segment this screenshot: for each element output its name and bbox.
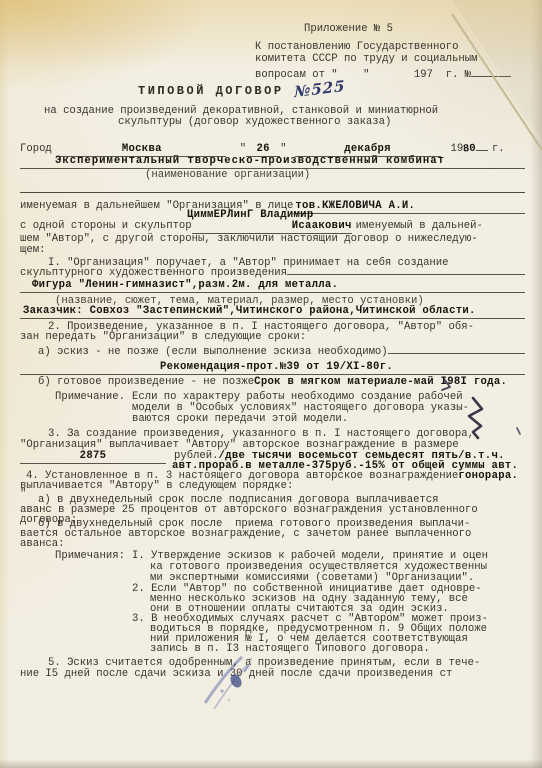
organization-caption: (наименование организации): [145, 170, 310, 182]
preamble-line: щем:: [20, 245, 45, 257]
notes-label: Примечания:: [55, 551, 125, 563]
finished-work-term-filled: Срок в мягком материале-май I98I года.: [254, 376, 507, 388]
notes-item-line: запись в п. I3 настоящего Типового догов…: [150, 644, 430, 656]
resolution-line: К постановлению Государственного: [255, 42, 458, 54]
work-description: Фигура "Ленин-гимназист",разм.2м. для ме…: [20, 280, 338, 292]
clause4-line: выплачивается "Автору" в следующем поряд…: [20, 481, 293, 493]
honorarium-word: гонорара.: [458, 470, 518, 482]
sculptor-line: с одной стороны и скульптор Исаакович им…: [20, 221, 525, 234]
blank-line: [471, 66, 511, 77]
blank-rule: [20, 192, 525, 193]
preamble-line: шем "Автор", с другой стороны, заключили…: [20, 234, 478, 246]
sculptor-name-bottom: Исаакович: [192, 221, 352, 234]
handwritten-year: 80: [463, 144, 476, 156]
resolution-line: комитета СССР по труду и социальным: [255, 54, 478, 66]
year-suffix: г.: [492, 144, 505, 156]
sketch-term-line: а) эскиз - не позже (если выполнение эск…: [38, 347, 525, 359]
clause2-line: зан передать "Организации" в следующие с…: [20, 332, 306, 344]
blank-line: [476, 140, 488, 151]
organization-name: Экспериментальный творческо-производстве…: [20, 156, 445, 168]
resolution-line: вопросам от " " 197 г. №: [255, 66, 511, 82]
appendix-label: Приложение № 5: [304, 24, 393, 36]
amount-figure: 2875: [20, 451, 166, 464]
clause4b-line: аванса:: [20, 539, 65, 551]
blank-line: [287, 274, 525, 275]
clause4b-line: вается остальное авторское вознаграждени…: [20, 529, 471, 541]
note-label: Примечание.: [55, 392, 125, 404]
blank-line: [388, 353, 525, 354]
document-title-row: ТИПОВОЙ ДОГОВОР№525: [138, 84, 345, 99]
organization-row: Экспериментальный творческо-производстве…: [20, 156, 525, 169]
recommendation-row: Рекомендация-прот.№39 от 19/XI-80г.: [20, 362, 525, 375]
customer: Заказчик: Совхоз "Застепинский",Читинско…: [20, 306, 476, 318]
quote-mark: ": [280, 144, 286, 156]
year-typed: 19: [451, 144, 464, 156]
subtitle-line: скульптуры (договор художественного зака…: [118, 117, 391, 129]
note-line: ваются сроки передачи этой модели.: [132, 414, 348, 426]
paper-crease: [452, 14, 542, 150]
scanned-contract-page: Приложение № 5 К постановлению Государст…: [0, 0, 542, 768]
recommendation: Рекомендация-прот.№39 от 19/XI-80г.: [20, 362, 393, 374]
finished-work-term-line: б) готовое произведение - не позжеСрок в…: [38, 377, 507, 389]
city-label: Город: [20, 144, 52, 156]
stray-quote: ": [20, 489, 26, 501]
clause1-line: скульптурного художественного произведен…: [20, 268, 525, 280]
work-description-row: Фигура "Ленин-гимназист",разм.2м. для ме…: [20, 280, 525, 293]
document-title: ТИПОВОЙ ДОГОВОР: [138, 84, 284, 98]
clause5-line: ние I5 дней после сдачи эскиза и 30 дней…: [20, 669, 452, 681]
handwritten-contract-number: №525: [294, 81, 345, 99]
customer-row: Заказчик: Совхоз "Застепинский",Читинско…: [20, 306, 525, 319]
clause4a-line: аванс в размере 25 процентов от авторско…: [20, 505, 478, 517]
